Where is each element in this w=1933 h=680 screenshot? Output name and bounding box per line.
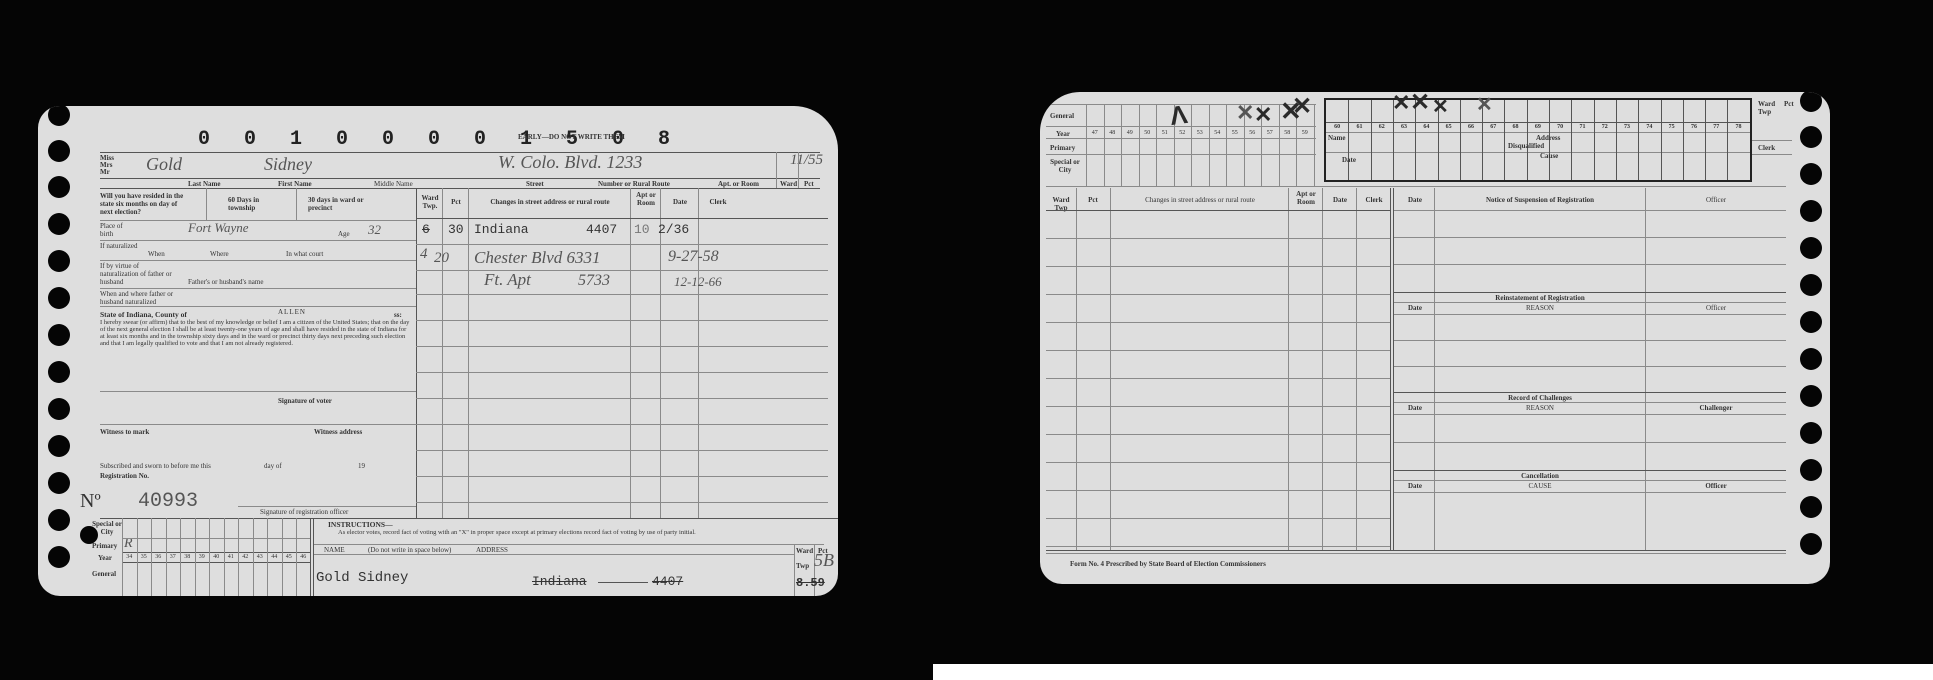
- punch-hole: [1800, 274, 1822, 296]
- box-cause-label: Cause: [1540, 152, 1558, 160]
- punch-hole: [48, 140, 70, 162]
- naturalized-label: If naturalized: [100, 242, 140, 250]
- age-value: 32: [368, 222, 381, 238]
- year-cell: 41: [224, 554, 239, 560]
- naturalized-court-label: In what court: [286, 250, 323, 258]
- punch-hole: [48, 509, 70, 531]
- year-cell: 37: [166, 554, 181, 560]
- cancellation-date-label: Date: [1396, 482, 1434, 490]
- punch-hole: [1800, 385, 1822, 407]
- witness-mark-label: Witness to mark: [100, 428, 149, 436]
- year-cell: 35: [137, 554, 152, 560]
- punch-hole: [48, 546, 70, 568]
- oath-text: I hereby swear (or affirm) that to the b…: [100, 319, 412, 347]
- punch-hole: [1800, 533, 1822, 555]
- vote-mark: ✕: [1432, 94, 1449, 119]
- year-cell: 50: [1139, 130, 1157, 136]
- typed-address: Indiana: [532, 574, 587, 589]
- change-row-3-date: 12-12-66: [674, 274, 722, 290]
- signature-officer-label: Signature of registration officer: [260, 508, 348, 516]
- year-cell: 44: [267, 554, 282, 560]
- father-husband-label: If by virtue of naturalization of father…: [100, 262, 172, 286]
- year-cell: 64: [1415, 124, 1437, 130]
- year-cell: 55: [1226, 130, 1244, 136]
- year-cell: 77: [1705, 124, 1727, 130]
- challenges-date-label: Date: [1396, 404, 1434, 412]
- punch-hole: [1800, 496, 1822, 518]
- registration-no-label: Registration No.: [100, 472, 149, 480]
- year-cell: 51: [1156, 130, 1174, 136]
- year-cell: 72: [1594, 124, 1616, 130]
- punch-hole: [48, 250, 70, 272]
- year-cell: 40: [209, 554, 224, 560]
- change-row-2-date: 9-27-58: [668, 248, 719, 266]
- challenges-title: Record of Challenges: [1436, 394, 1644, 402]
- change-row-1-date: 2/36: [658, 222, 689, 237]
- change-row-2-ward: 4: [420, 246, 428, 263]
- apt-room-label: Apt. or Room: [718, 180, 759, 188]
- day-of-label: day of: [264, 462, 282, 470]
- punch-hole: [48, 176, 70, 198]
- bottom-ward-label: Ward: [796, 547, 813, 555]
- punch-hole: [1800, 92, 1822, 112]
- place-of-birth-label: Place of birth: [100, 222, 130, 238]
- year-cell: 75: [1661, 124, 1683, 130]
- year-cell: 36: [151, 554, 166, 560]
- back-label-primary: Primary: [1050, 144, 1075, 152]
- changes-header-ward: Ward Twp.: [418, 194, 442, 210]
- challenges-challenger-label: Challenger: [1646, 404, 1786, 412]
- punch-hole: [1800, 311, 1822, 333]
- do-not-write-label: (Do not write in space below): [368, 546, 451, 554]
- year-cell: 63: [1393, 124, 1415, 130]
- box-name-label: Name: [1328, 134, 1346, 142]
- vote-mark: ✕: [1236, 100, 1254, 126]
- reinstatement-date-label: Date: [1396, 304, 1434, 312]
- reinstatement-reason-label: REASON: [1436, 304, 1644, 312]
- when-where-naturalized-label: When and where father or husband natural…: [100, 290, 190, 306]
- first-name-value: Sidney: [264, 154, 312, 175]
- back-changes-header-pct: Pct: [1078, 196, 1108, 204]
- year-cell: 48: [1104, 130, 1122, 136]
- voter-registration-card-front: 0 0 1 0 0 0 0 1 5 0 8 EARLY—DO NOT WRITE…: [38, 106, 838, 596]
- punch-hole: [48, 398, 70, 420]
- change-row-2-address: Chester Blvd 6331: [474, 248, 601, 268]
- street-label: Street: [526, 180, 544, 188]
- punch-hole: [48, 361, 70, 383]
- suspension-officer-label: Officer: [1646, 196, 1786, 204]
- punch-hole: [48, 324, 70, 346]
- year-cell: 65: [1438, 124, 1460, 130]
- last-name-value: Gold: [146, 154, 182, 175]
- naturalized-when-label: When: [148, 250, 165, 258]
- year-cell: 47: [1086, 130, 1104, 136]
- grid-label-general: General: [92, 570, 116, 578]
- punch-hole: [48, 472, 70, 494]
- year-cell: 66: [1460, 124, 1482, 130]
- year-cell: 60: [1326, 124, 1348, 130]
- year-cell: 58: [1279, 130, 1297, 136]
- back-changes-header-address: Changes in street address or rural route: [1112, 196, 1288, 204]
- year-cell: 45: [282, 554, 297, 560]
- punch-hole: [1800, 200, 1822, 222]
- vote-mark: ✕: [1392, 92, 1410, 116]
- title-mr: Mr: [100, 168, 110, 176]
- year-cell: 69: [1527, 124, 1549, 130]
- ward-precinct-label: 30 days in ward or precinct: [308, 196, 378, 212]
- back-label-special: Special or City: [1048, 158, 1082, 174]
- scan-margin-strip: [933, 664, 1933, 680]
- cancellation-title: Cancellation: [1436, 472, 1644, 480]
- change-row-3-number: 5733: [578, 272, 610, 290]
- suspension-date-label: Date: [1396, 196, 1434, 204]
- oath-county: ALLEN: [278, 308, 306, 316]
- pct-label: Pct: [804, 180, 814, 188]
- father-husband-name-label: Father's or husband's name: [188, 278, 263, 286]
- year-cell: 78: [1727, 124, 1749, 130]
- punch-hole: [1800, 163, 1822, 185]
- year-cell: 43: [253, 554, 268, 560]
- bottom-name-label: NAME: [324, 546, 345, 554]
- first-name-label: First Name: [278, 180, 312, 188]
- street-value: W. Colo. Blvd. 1233: [498, 152, 642, 173]
- year-cell: 59: [1296, 130, 1314, 136]
- witness-address-label: Witness address: [314, 428, 362, 436]
- year-cell: 53: [1191, 130, 1209, 136]
- punch-hole: [1800, 237, 1822, 259]
- year-cell: 73: [1616, 124, 1638, 130]
- change-row-1-pct: 30: [448, 222, 464, 237]
- punch-hole: [1800, 348, 1822, 370]
- changes-header-apt: Apt or Room: [632, 191, 660, 207]
- residence-question: Will you have resided in the state six m…: [100, 192, 190, 216]
- signature-voter-label: Signature of voter: [278, 397, 332, 405]
- punch-hole: [48, 287, 70, 309]
- typed-name: Gold Sidney: [316, 570, 408, 586]
- year-cell: 42: [238, 554, 253, 560]
- punch-hole: [1800, 422, 1822, 444]
- oath-ss: ss:: [394, 311, 402, 319]
- punch-hole: [48, 106, 70, 126]
- box-clerk-label: Clerk: [1758, 144, 1775, 152]
- year-cell: 61: [1348, 124, 1370, 130]
- back-label-general: General: [1050, 112, 1074, 120]
- township-label: 60 Days in township: [228, 196, 288, 212]
- change-row-1-number: 4407: [586, 222, 617, 237]
- punch-hole: [1800, 459, 1822, 481]
- ward-label: Ward: [780, 180, 797, 188]
- box-disqualified-label: Disqualified: [1508, 142, 1544, 150]
- year-cell: 56: [1244, 130, 1262, 136]
- year-cell: 38: [180, 554, 195, 560]
- year-cell: 71: [1571, 124, 1593, 130]
- number-label: Number or Rural Route: [598, 180, 670, 188]
- form-footer: Form No. 4 Prescribed by State Board of …: [1070, 560, 1266, 568]
- vote-mark: ✕: [1292, 92, 1312, 121]
- reinstatement-officer-label: Officer: [1646, 304, 1786, 312]
- back-label-year: Year: [1056, 130, 1070, 138]
- box-ward-twp-label: Ward Twp: [1758, 100, 1780, 116]
- change-row-3-address: Ft. Apt: [484, 270, 531, 290]
- subscribed-label: Subscribed and sworn to before me this: [100, 462, 211, 470]
- year-cell: 76: [1683, 124, 1705, 130]
- year-cell: 34: [122, 554, 137, 560]
- punch-hole: [48, 213, 70, 235]
- year-cell: 67: [1482, 124, 1504, 130]
- box-pct-label: Pct: [1784, 100, 1794, 108]
- bottom-twp-label: Twp: [796, 562, 809, 570]
- change-row-1-address: Indiana: [474, 222, 529, 237]
- registration-number: 40993: [138, 490, 198, 513]
- year-cell: 46: [296, 554, 311, 560]
- year-cell: 54: [1209, 130, 1227, 136]
- reinstatement-title: Reinstatement of Registration: [1436, 294, 1644, 302]
- bottom-ward-pct-value: 5B: [814, 550, 834, 571]
- vote-mark: ✕: [1410, 92, 1430, 117]
- changes-header-address: Changes in street address or rural route: [470, 198, 630, 206]
- back-changes-header-clerk: Clerk: [1358, 196, 1390, 204]
- naturalized-where-label: Where: [210, 250, 229, 258]
- cancellation-officer-label: Officer: [1646, 482, 1786, 490]
- year-cell: 74: [1638, 124, 1660, 130]
- middle-name-label: Middle Name: [374, 180, 413, 188]
- punch-hole: [48, 435, 70, 457]
- serial-note: EARLY—DO NOT WRITE THEM: [518, 133, 625, 141]
- year-cell: 49: [1121, 130, 1139, 136]
- voter-registration-card-back: General Year Primary Special or City 474…: [1040, 92, 1830, 584]
- year-cell: 57: [1261, 130, 1279, 136]
- ward-pct-value: 11/55: [790, 152, 823, 169]
- vote-mark: ✕: [1476, 92, 1493, 117]
- change-row-1-apt: 10: [634, 222, 650, 237]
- box-address-label: Address: [1536, 134, 1560, 142]
- year-cell: 70: [1549, 124, 1571, 130]
- vote-mark: ✕: [1254, 102, 1272, 128]
- grid-label-primary: Primary: [92, 542, 117, 550]
- challenges-reason-label: REASON: [1436, 404, 1644, 412]
- year-cell: 68: [1504, 124, 1526, 130]
- changes-header-clerk: Clerk: [700, 198, 736, 206]
- oath-heading: State of Indiana, County of: [100, 311, 187, 319]
- suspension-title: Notice of Suspension of Registration: [1436, 196, 1644, 204]
- year-cell: 62: [1371, 124, 1393, 130]
- back-changes-header-apt: Apt or Room: [1290, 190, 1322, 206]
- last-name-label: Last Name: [188, 180, 220, 188]
- change-row-2-pct: 20: [434, 250, 449, 267]
- instructions-heading: INSTRUCTIONS—: [328, 521, 393, 529]
- year-suffix: 19: [358, 462, 365, 470]
- bottom-address-label: ADDRESS: [476, 546, 508, 554]
- age-label: Age: [338, 230, 350, 238]
- back-changes-header-date: Date: [1324, 196, 1356, 204]
- bottom-ward-pct-struck: 8.59: [796, 576, 825, 590]
- year-cell: 39: [195, 554, 210, 560]
- change-row-1-ward: 6: [422, 222, 430, 237]
- no-symbol: Nº: [80, 490, 101, 513]
- instructions-text: As elector votes, record fact of voting …: [338, 529, 758, 536]
- grid-label-year: Year: [98, 554, 112, 562]
- typed-number: 4407: [652, 574, 683, 589]
- changes-header-pct: Pct: [444, 198, 468, 206]
- changes-header-date: Date: [662, 198, 698, 206]
- punch-hole: [1800, 126, 1822, 148]
- place-of-birth-value: Fort Wayne: [188, 220, 249, 236]
- grid-label-special: Special or City: [92, 520, 122, 536]
- cancellation-cause-label: CAUSE: [1436, 482, 1644, 490]
- box-date-label: Date: [1342, 156, 1356, 164]
